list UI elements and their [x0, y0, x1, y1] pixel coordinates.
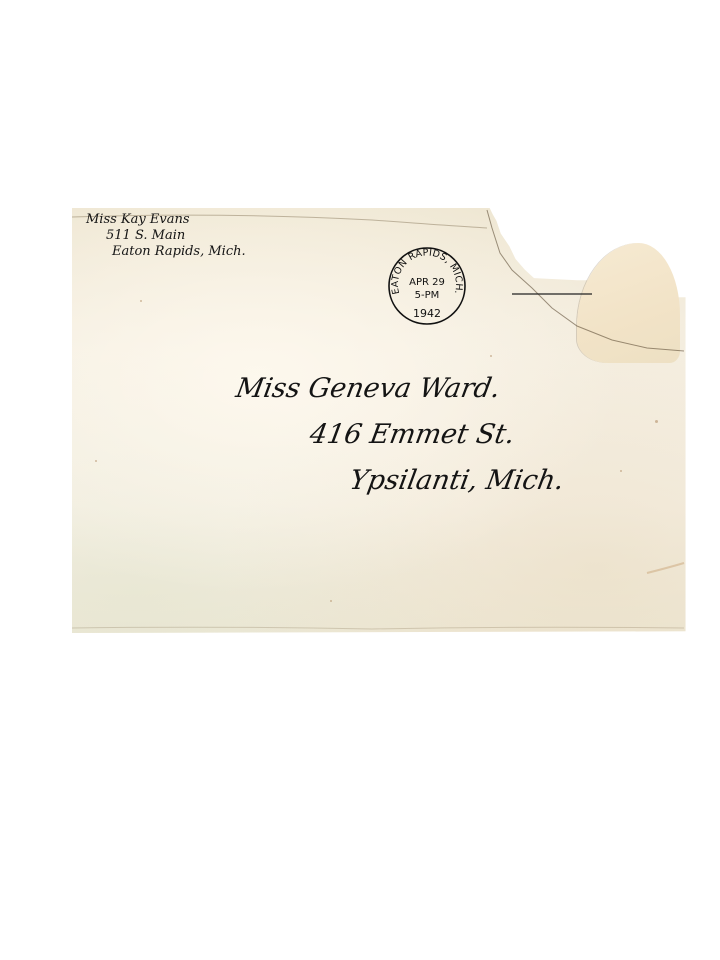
return-address-city: Eaton Rapids, Mich. — [86, 244, 246, 260]
recipient-address: Miss Geneva Ward. 416 Emmet St. Ypsilant… — [216, 366, 584, 504]
paper-speck — [330, 600, 332, 602]
svg-text:EATON RAPIDS, MICH.: EATON RAPIDS, MICH. — [390, 247, 464, 295]
postmark-year: 1942 — [413, 307, 441, 320]
paper-speck — [95, 460, 97, 462]
torn-flap-piece — [577, 243, 680, 363]
return-address: Miss Kay Evans 511 S. Main Eaton Rapids,… — [86, 212, 246, 260]
return-address-street: 511 S. Main — [86, 228, 246, 244]
postmark-stamp: EATON RAPIDS, MICH. APR 29 5-PM 1942 — [387, 246, 467, 326]
recipient-street: 416 Emmet St. — [224, 412, 576, 458]
paper-speck — [140, 300, 142, 302]
postmark-date: APR 29 — [409, 277, 445, 288]
paper-speck — [490, 355, 492, 357]
postmark-city: EATON RAPIDS, MICH. — [390, 247, 464, 295]
recipient-city: Ypsilanti, Mich. — [216, 458, 568, 504]
scan-page: Miss Kay Evans 511 S. Main Eaton Rapids,… — [0, 0, 720, 960]
return-address-name: Miss Kay Evans — [86, 212, 246, 228]
postmark-time: 5-PM — [415, 290, 440, 301]
recipient-name: Miss Geneva Ward. — [232, 366, 584, 412]
paper-speck — [655, 420, 658, 423]
paper-speck — [620, 470, 622, 472]
